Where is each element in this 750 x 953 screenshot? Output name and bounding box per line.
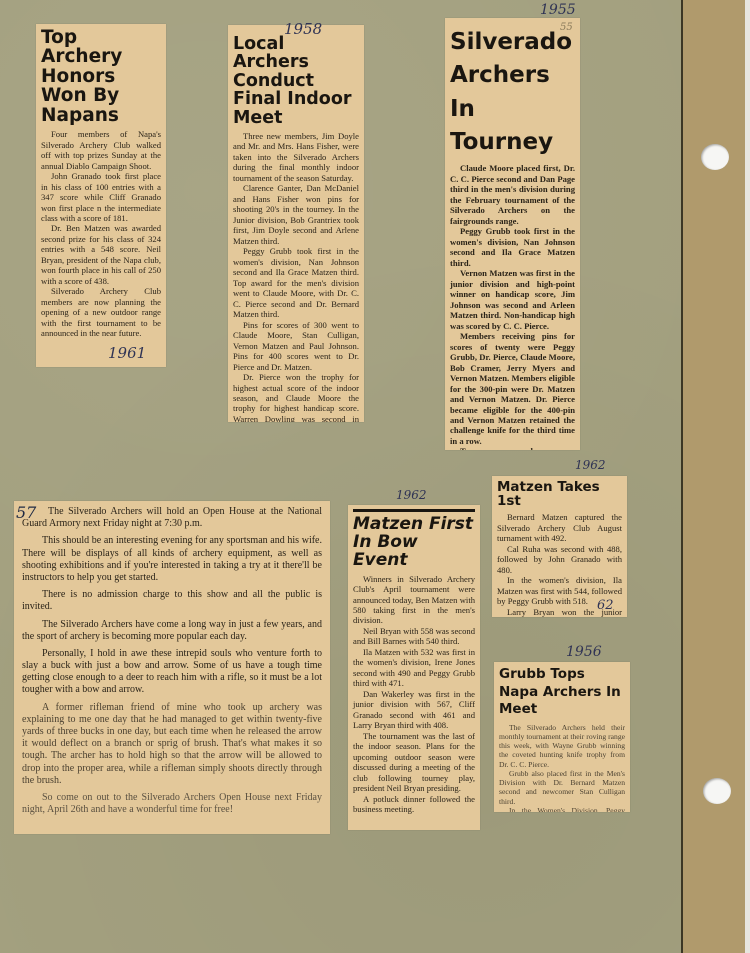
scrapbook-page: Top Archery Honors Won By Napans Four me… xyxy=(0,0,686,953)
paragraph: Dr. Ben Matzen was awarded second prize … xyxy=(41,223,161,286)
paragraph: Ila Matzen with 532 was first in the wom… xyxy=(353,647,475,689)
paragraph: Vernon Matzen was first in the junior di… xyxy=(450,268,575,331)
handwritten-year: 1956 xyxy=(566,644,602,660)
paragraph: There is no admission charge to this sho… xyxy=(22,589,322,613)
handwritten-year: 1961 xyxy=(108,344,146,362)
paragraph: Claude Moore placed first, Dr. C. C. Pie… xyxy=(450,163,575,226)
paragraph: Personally, I hold in awe these intrepid… xyxy=(22,648,322,697)
clipping-top-archery-honors: Top Archery Honors Won By Napans Four me… xyxy=(36,24,166,367)
paragraph: In the Women's Division, Peggy Grubb cop… xyxy=(499,806,625,812)
paragraph: Silverado Archery Club members are now p… xyxy=(41,286,161,338)
paragraph: This should be an interesting evening fo… xyxy=(22,535,322,584)
paragraph: Two new members were accepted into the c… xyxy=(450,446,575,450)
paragraph: The Silverado Archers held their monthly… xyxy=(499,723,625,769)
clipping-body: The Silverado Archers held their monthly… xyxy=(499,723,625,812)
paragraph: The Silverado Archers have come a long w… xyxy=(22,619,322,643)
paragraph: Grubb also placed first in the Men's Div… xyxy=(499,769,625,806)
handwritten-note: 55 xyxy=(560,22,573,33)
binder-hole-icon xyxy=(701,144,729,170)
clipping-matzen-takes-1st: Matzen Takes 1st Bernard Matzen captured… xyxy=(492,476,627,617)
paragraph: Bernard Matzen captured the Silverado Ar… xyxy=(497,512,622,543)
paragraph: The Silverado Archers will hold an Open … xyxy=(22,506,322,530)
paragraph: Dan Wakerley was first in the junior div… xyxy=(353,689,475,731)
clipping-body: Four members of Napa's Silverado Archery… xyxy=(41,129,161,339)
clipping-matzen-first-bow-event: Matzen First In Bow Event Winners in Sil… xyxy=(348,505,480,830)
binder-hole-icon xyxy=(703,778,731,804)
clipping-headline: Silverado Archers In Tourney xyxy=(450,26,575,159)
paragraph: Winners in Silverado Archery Club's Apri… xyxy=(353,574,475,626)
clipping-headline: Matzen Takes 1st xyxy=(497,480,622,508)
paragraph: Neil Bryan with 558 was second and Bill … xyxy=(353,626,475,647)
headline-rule xyxy=(353,509,475,512)
binder-strip xyxy=(683,0,745,953)
paragraph: Members receiving pins for scores of twe… xyxy=(450,331,575,446)
clipping-body: Claude Moore placed first, Dr. C. C. Pie… xyxy=(450,163,575,450)
paragraph: The tournament was the last of the indoo… xyxy=(353,731,475,794)
handwritten-year: 57 xyxy=(16,503,36,522)
handwritten-year: 1958 xyxy=(284,20,322,38)
paragraph: Dr. Pierce won the trophy for highest ac… xyxy=(233,372,359,422)
clipping-grubb-tops-napa-archers: Grubb Tops Napa Archers In Meet The Silv… xyxy=(494,662,630,812)
handwritten-year: 1962 xyxy=(396,488,427,502)
handwritten-year: 1962 xyxy=(575,458,606,472)
paragraph: A potluck dinner followed the business m… xyxy=(353,794,475,815)
paragraph: Peggy Grubb took first in the women's di… xyxy=(450,226,575,268)
clipping-local-archers-final-indoor: Local Archers Conduct Final Indoor Meet … xyxy=(228,25,364,422)
paragraph: Four members of Napa's Silverado Archery… xyxy=(41,129,161,171)
handwritten-note: 62 xyxy=(597,598,614,613)
paragraph: Pins for scores of 300 went to Claude Mo… xyxy=(233,320,359,372)
binder-edge xyxy=(745,0,750,953)
paragraph: Cal Ruha was second with 488, followed b… xyxy=(497,544,622,575)
clipping-body: The Silverado Archers will hold an Open … xyxy=(22,506,322,816)
paragraph: Three new members, Jim Doyle and Mr. and… xyxy=(233,131,359,183)
clipping-silverado-archers-tourney: Silverado Archers In Tourney Claude Moor… xyxy=(445,18,580,450)
clipping-headline: Local Archers Conduct Final Indoor Meet xyxy=(233,35,359,127)
paragraph: Peggy Grubb took first in the women's di… xyxy=(233,246,359,319)
paragraph: John Granado took first place in his cla… xyxy=(41,171,161,223)
paragraph: A former rifleman friend of mine who too… xyxy=(22,702,322,787)
paragraph: Clarence Ganter, Dan McDaniel and Hans F… xyxy=(233,183,359,246)
clipping-body: Winners in Silverado Archery Club's Apri… xyxy=(353,574,475,815)
paragraph: So come on out to the Silverado Archers … xyxy=(22,792,322,816)
clipping-body: Three new members, Jim Doyle and Mr. and… xyxy=(233,131,359,422)
clipping-headline: Grubb Tops Napa Archers In Meet xyxy=(499,666,625,719)
clipping-headline: Top Archery Honors Won By Napans xyxy=(41,28,161,125)
clipping-headline: Matzen First In Bow Event xyxy=(353,516,475,570)
handwritten-year: 1955 xyxy=(540,2,576,18)
clipping-open-house-column: The Silverado Archers will hold an Open … xyxy=(14,501,330,834)
